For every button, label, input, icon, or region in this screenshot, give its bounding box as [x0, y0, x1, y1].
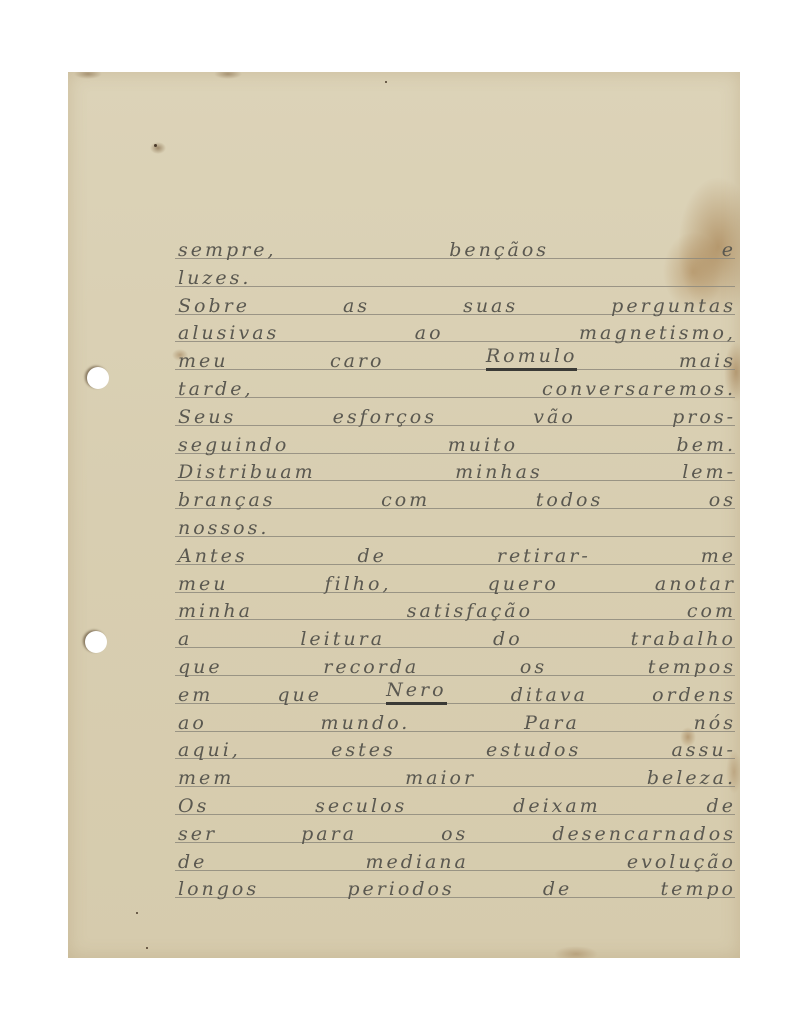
word: seculos — [315, 797, 407, 816]
word: aqui, — [178, 741, 241, 760]
word: ser — [178, 825, 217, 844]
word: periodos — [347, 880, 454, 899]
word: magnetismo, — [579, 324, 736, 343]
word: que — [277, 686, 322, 705]
word: Para — [524, 714, 580, 733]
word: meu — [178, 575, 229, 594]
word: beleza. — [647, 769, 736, 788]
word: longos — [178, 880, 259, 899]
word: bençãos — [449, 241, 549, 260]
handwritten-line: Seusesforçosvãopros- — [178, 399, 736, 427]
word: caro — [330, 352, 385, 371]
word: os — [441, 825, 468, 844]
word: conversaremos. — [542, 380, 736, 399]
handwritten-line: longosperiodosdetempo — [178, 871, 736, 899]
word: muito — [448, 436, 518, 455]
document-page: sempre,bençãoseluzes.Sobreassuaspergunta… — [68, 72, 740, 958]
ink-speck — [136, 912, 138, 914]
handwritten-line: aleituradotrabalho — [178, 621, 736, 649]
word: e — [722, 241, 736, 260]
handwritten-line: demedianaevolução — [178, 844, 736, 872]
handwritten-line: Antesderetirar-me — [178, 538, 736, 566]
word: pros- — [672, 408, 736, 427]
word: luzes. — [178, 269, 251, 288]
word: satisfação — [407, 602, 533, 621]
word: alusivas — [178, 324, 279, 343]
word: Seus — [178, 408, 236, 427]
word: quero — [488, 575, 559, 594]
underlined-word: Romulo — [486, 347, 578, 371]
handwritten-line: alusivasaomagnetismo, — [178, 315, 736, 343]
word: seguindo — [178, 436, 289, 455]
handwritten-line: aqui,estesestudosassu- — [178, 732, 736, 760]
word: recorda — [323, 658, 419, 677]
word: ordens — [652, 686, 736, 705]
ink-speck — [154, 144, 157, 147]
ink-speck — [146, 947, 148, 949]
word: lem- — [682, 463, 736, 482]
word: tempos — [648, 658, 736, 677]
word: esforços — [333, 408, 437, 427]
handwritten-line: Distribuamminhaslem- — [178, 454, 736, 482]
word: estudos — [486, 741, 581, 760]
word: leitura — [300, 630, 385, 649]
word: meu — [178, 352, 229, 371]
ink-speck — [385, 81, 387, 83]
binder-hole-bottom — [85, 631, 107, 653]
handwritten-line: serparaosdesencarnados — [178, 816, 736, 844]
handwritten-line: Sobreassuasperguntas — [178, 288, 736, 316]
handwritten-line: meucaroRomulomais — [178, 343, 736, 371]
handwritten-line: meufilho,queroanotar — [178, 566, 736, 594]
underlined-word: Nero — [386, 681, 446, 705]
word: nós — [694, 714, 736, 733]
word: de — [358, 547, 387, 566]
word: mediana — [365, 853, 468, 872]
handwritten-line: querecordaostempos — [178, 649, 736, 677]
word: em — [178, 686, 213, 705]
word: mem — [178, 769, 234, 788]
word: para — [301, 825, 357, 844]
word: mais — [679, 352, 736, 371]
word: ao — [415, 324, 444, 343]
handwritten-line: seguindomuitobem. — [178, 427, 736, 455]
word: ao — [178, 714, 207, 733]
word: desencarnados — [552, 825, 736, 844]
handwritten-line: aomundo.Paranós — [178, 705, 736, 733]
handwritten-line: nossos. — [178, 510, 736, 538]
word: tarde, — [178, 380, 254, 399]
word: vão — [533, 408, 576, 427]
handwritten-line: Osseculosdeixamde — [178, 788, 736, 816]
word: estes — [331, 741, 396, 760]
word: retirar- — [497, 547, 591, 566]
word: trabalho — [631, 630, 736, 649]
word: a — [178, 630, 192, 649]
word: tempo — [661, 880, 737, 899]
word: nossos. — [178, 519, 269, 538]
word: assu- — [671, 741, 736, 760]
handwritten-line: luzes. — [178, 260, 736, 288]
word: deixam — [513, 797, 601, 816]
word: de — [543, 880, 572, 899]
handwritten-line: memmaiorbeleza. — [178, 760, 736, 788]
word: evolução — [627, 853, 736, 872]
word: minhas — [455, 463, 543, 482]
handwritten-line: sempre,bençãose — [178, 232, 736, 260]
word: com — [381, 491, 430, 510]
word: Sobre — [178, 297, 250, 316]
word: mundo. — [321, 714, 411, 733]
word: perguntas — [611, 297, 736, 316]
word: Distribuam — [178, 463, 316, 482]
word: maior — [405, 769, 476, 788]
handwritten-line: emqueNeroditavaordens — [178, 677, 736, 705]
word: branças — [178, 491, 276, 510]
word: sempre, — [178, 241, 277, 260]
word: anotar — [655, 575, 736, 594]
word: de — [178, 853, 207, 872]
handwritten-line: tarde,conversaremos. — [178, 371, 736, 399]
word: ditava — [511, 686, 588, 705]
word: do — [493, 630, 523, 649]
word: com — [687, 602, 736, 621]
handwritten-line: minhasatisfaçãocom — [178, 593, 736, 621]
word: Antes — [178, 547, 248, 566]
word: as — [343, 297, 370, 316]
binder-hole-top — [87, 367, 109, 389]
word: filho, — [325, 575, 392, 594]
word: minha — [178, 602, 253, 621]
word: Os — [178, 797, 209, 816]
word: todos — [536, 491, 603, 510]
handwritten-line: brançascomtodosos — [178, 482, 736, 510]
word: que — [178, 658, 223, 677]
word: os — [520, 658, 547, 677]
word: me — [701, 547, 736, 566]
word: bem. — [677, 436, 736, 455]
word: os — [709, 491, 736, 510]
word: suas — [463, 297, 518, 316]
word: de — [707, 797, 736, 816]
